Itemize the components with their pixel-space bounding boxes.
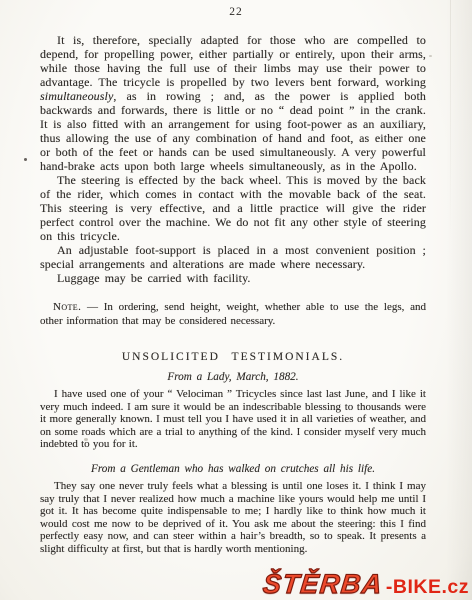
ordering-note: Note. — In ordering, send height, weight… [40, 301, 426, 328]
testimonial-body: They say one never truly feels what a bl… [40, 480, 426, 556]
scanned-book-page: 22 It is, therefore, specially adapted f… [0, 0, 472, 600]
scan-edge-line [450, 0, 451, 240]
note-label: Note. [53, 301, 81, 313]
testimonial-lady: From a Lady, March, 1882. I have used on… [40, 371, 426, 451]
italic-word-simultaneously: simultaneously [40, 89, 113, 103]
scan-speck [24, 158, 27, 161]
scan-speck [84, 438, 88, 441]
note-text: — In ordering, send height, weight, whet… [40, 301, 426, 327]
testimonial-body: I have used one of your “ Velociman ” Tr… [40, 388, 426, 451]
sterba-bike-watermark: ŠTĚRBA-BIKE.cz [263, 571, 469, 598]
page-text-block: It is, therefore, specially adapted for … [0, 19, 472, 556]
paragraph-luggage: Luggage may be carried with facility. [40, 271, 426, 285]
bike-cz-suffix: -BIKE.cz [386, 578, 469, 598]
sterba-logo-text: ŠTĚRBA [261, 571, 384, 598]
paragraph-steering: The steering is effected by the back whe… [40, 173, 426, 243]
testimonials-heading: UNSOLICITED TESTIMONIALS. [40, 350, 426, 364]
testimonial-source: From a Lady, March, 1882. [40, 371, 426, 384]
paragraph-text: It is, therefore, specially adapted for … [40, 33, 426, 89]
scan-speck [429, 55, 432, 57]
paragraph-adapted-for: It is, therefore, specially adapted for … [40, 33, 426, 173]
testimonial-source: From a Gentleman who has walked on crutc… [40, 463, 426, 476]
testimonial-gentleman: From a Gentleman who has walked on crutc… [40, 463, 426, 556]
page-number: 22 [0, 0, 472, 19]
paragraph-foot-support: An adjustable foot-support is placed in … [40, 243, 426, 271]
